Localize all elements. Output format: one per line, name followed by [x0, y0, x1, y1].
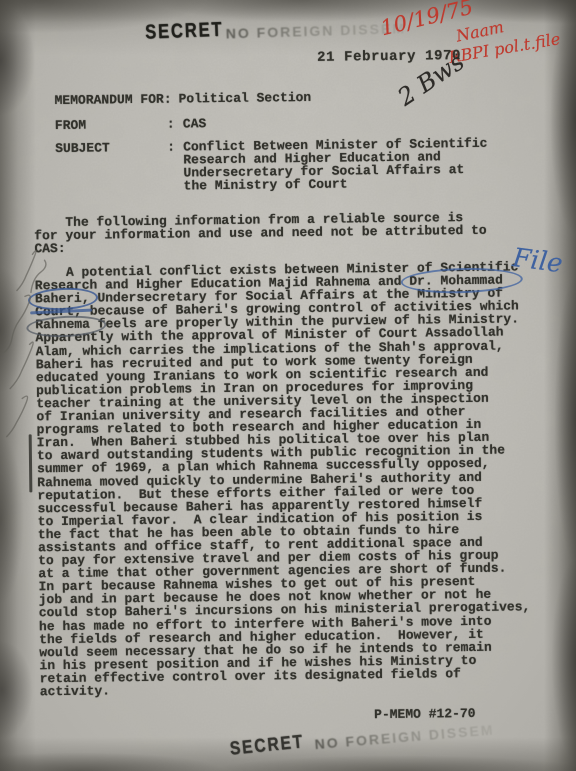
- memo-content: SECRET NO FOREIGN DISSEM 10/19/75 Naam R…: [0, 0, 576, 771]
- memo-for-value: Political Section: [178, 91, 311, 106]
- secret-stamp-top: SECRET: [145, 18, 224, 45]
- body-main-paragraph: A potential conflict exists between Mini…: [35, 260, 545, 698]
- subject-label: SUBJECT: [55, 141, 110, 155]
- body-intro-paragraph: The following information from a reliabl…: [34, 210, 534, 255]
- subject-colon: :: [167, 141, 175, 154]
- no-foreign-dissem-stamp-bottom: NO FOREIGN DISSEM: [314, 721, 495, 752]
- margin-scribble: [0, 248, 61, 449]
- memo-for-label: MEMORANDUM FOR:: [55, 93, 172, 108]
- handwritten-blue-file-note: File: [511, 243, 564, 279]
- secret-stamp-bottom: SECRET: [229, 731, 305, 760]
- memo-number: P-MEMO #12-70: [374, 707, 476, 721]
- scanned-memo-page: SECRET NO FOREIGN DISSEM 10/19/75 Naam R…: [0, 0, 576, 771]
- subject-value: Conflict Between Minister of Scientific …: [183, 136, 524, 193]
- from-value: CAS: [183, 117, 207, 130]
- from-label: FROM: [55, 119, 86, 132]
- from-colon: :: [167, 118, 175, 131]
